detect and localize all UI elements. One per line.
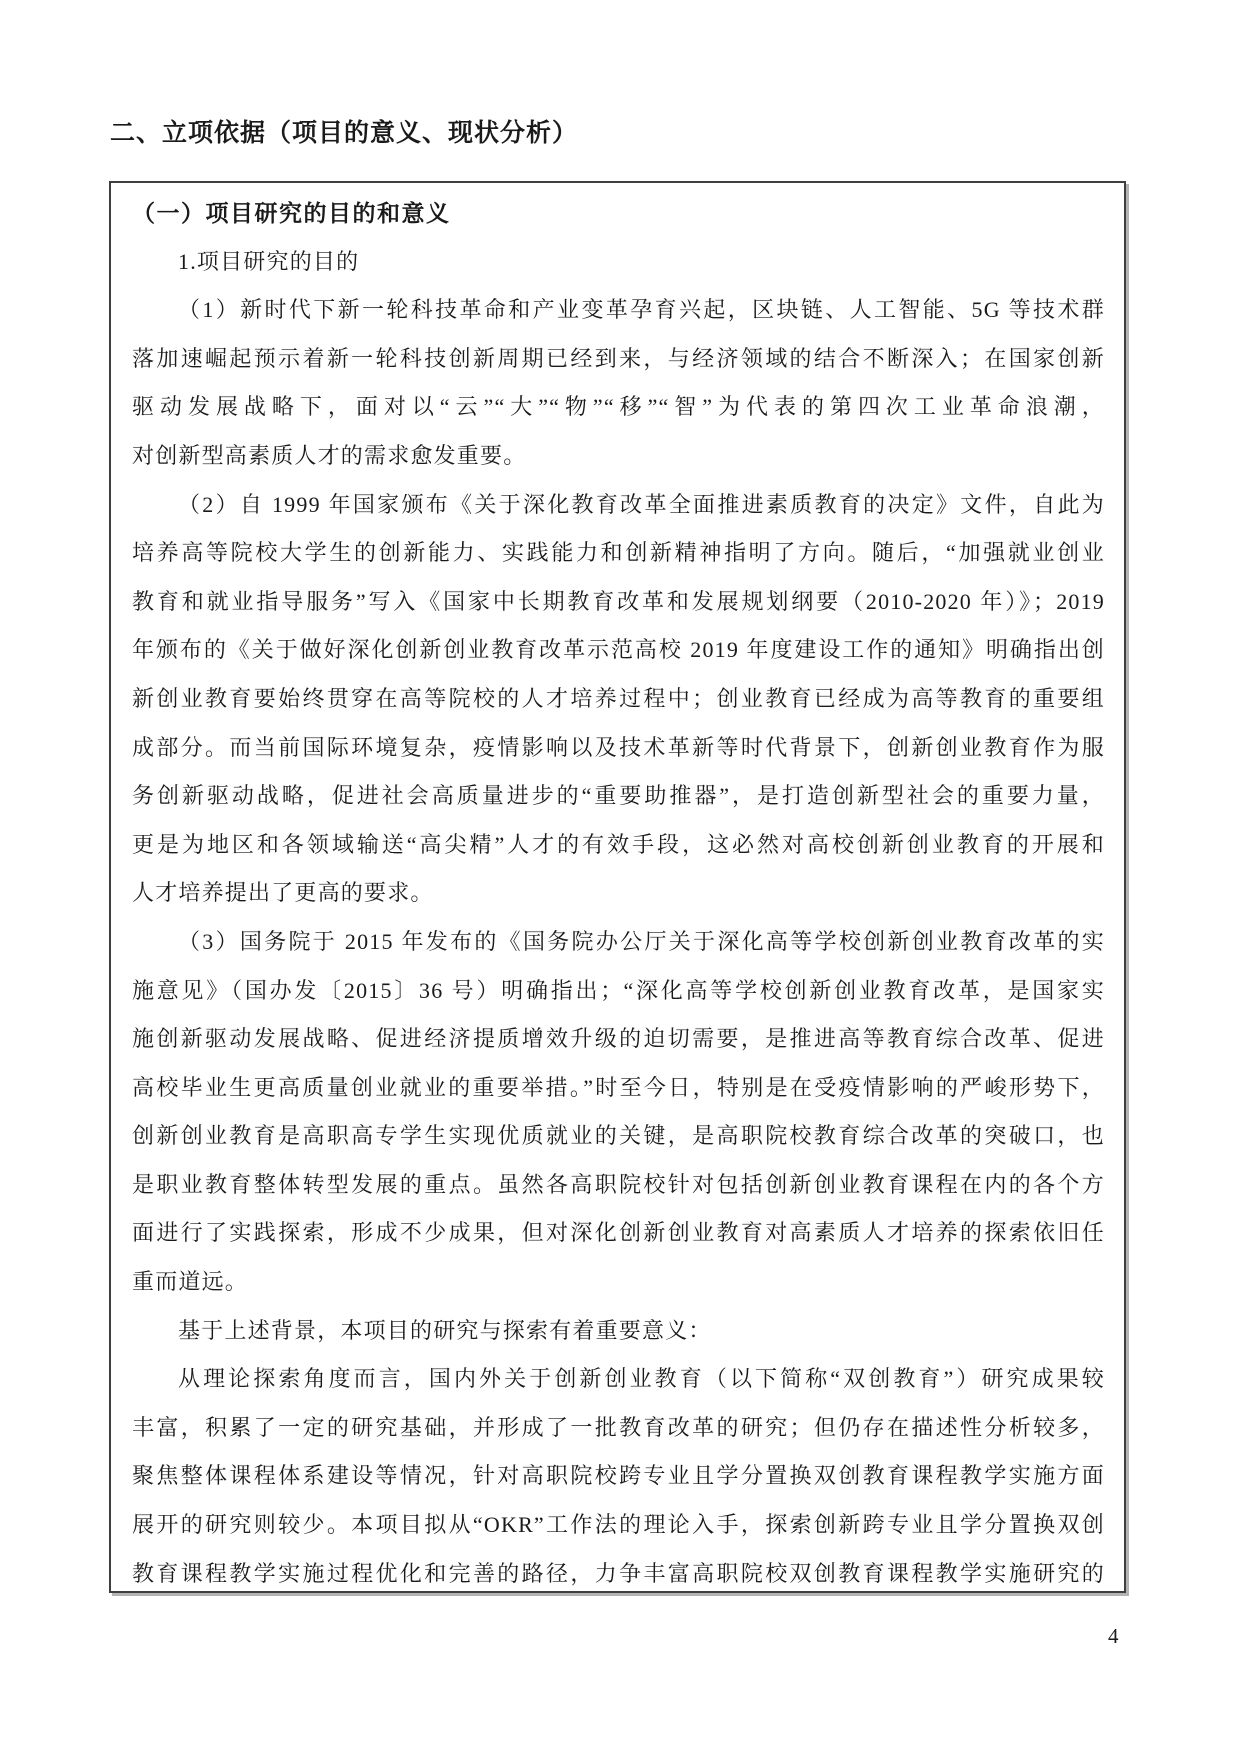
text-line: 聚焦整体课程体系建设等情况，针对高职院校跨专业且学分置换双创教育课程教学实施方面	[132, 1452, 1105, 1501]
text-line: 务创新驱动战略，促进社会高质量进步的“重要助推器”，是打造创新型社会的重要力量，	[132, 772, 1105, 821]
text-line: 展开的研究则较少。本项目拟从“OKR”工作法的理论入手，探索创新跨专业且学分置换…	[132, 1501, 1105, 1550]
section-body: （一）项目研究的目的和意义 1.项目研究的目的（1）新时代下新一轮科技革命和产业…	[132, 189, 1105, 1593]
text-line: 教育和就业指导服务”写入《国家中长期教育改革和发展规划纲要（2010-2020 …	[132, 578, 1105, 627]
text-line: 驱动发展战略下，面对以“云”“大”“物”“移”“智”为代表的第四次工业革命浪潮，	[132, 383, 1105, 432]
text-line: 面进行了实践探索，形成不少成果，但对深化创新创业教育对高素质人才培养的探索依旧任	[132, 1209, 1105, 1258]
page-heading: 二、立项依据（项目的意义、现状分析）	[110, 113, 578, 149]
text-line: 施意见》（国办发〔2015〕36 号）明确指出；“深化高等学校创新创业教育改革，…	[132, 967, 1105, 1016]
text-line: 重而道远。	[132, 1258, 1105, 1307]
text-line: 基于上述背景，本项目的研究与探索有着重要意义：	[132, 1307, 1105, 1356]
text-line: 从理论探索角度而言，国内外关于创新创业教育（以下简称“双创教育”）研究成果较	[132, 1355, 1105, 1404]
text-line: 创新创业教育是高职高专学生实现优质就业的关键，是高职院校教育综合改革的突破口，也	[132, 1112, 1105, 1161]
text-line: 施创新驱动发展战略、促进经济提质增效升级的迫切需要，是推进高等教育综合改革、促进	[132, 1015, 1105, 1064]
text-line: 培养高等院校大学生的创新能力、实践能力和创新精神指明了方向。随后，“加强就业创业	[132, 529, 1105, 578]
text-line: 年颁布的《关于做好深化创新创业教育改革示范高校 2019 年度建设工作的通知》明…	[132, 626, 1105, 675]
proposal-box: （一）项目研究的目的和意义 1.项目研究的目的（1）新时代下新一轮科技革命和产业…	[109, 181, 1126, 1593]
text-line: 落加速崛起预示着新一轮科技创新周期已经到来，与经济领域的结合不断深入；在国家创新	[132, 335, 1105, 384]
page-number: 4	[1108, 1624, 1119, 1649]
text-line: 教育课程教学实施过程优化和完善的路径，力争丰富高职院校双创教育课程教学实施研究的	[132, 1550, 1105, 1593]
text-line: 更是为地区和各领域输送“高尖精”人才的有效手段，这必然对高校创新创业教育的开展和	[132, 821, 1105, 870]
text-line: 丰富，积累了一定的研究基础，并形成了一批教育改革的研究；但仍存在描述性分析较多，	[132, 1404, 1105, 1453]
text-line: 成部分。而当前国际环境复杂，疫情影响以及技术革新等时代背景下，创新创业教育作为服	[132, 724, 1105, 773]
text-line: （1）新时代下新一轮科技革命和产业变革孕育兴起，区块链、人工智能、5G 等技术群	[132, 286, 1105, 335]
text-line: 高校毕业生更高质量创业就业的重要举措。”时至今日，特别是在受疫情影响的严峻形势下…	[132, 1064, 1105, 1113]
section-heading: （一）项目研究的目的和意义	[132, 189, 1105, 238]
text-line: （2）自 1999 年国家颁布《关于深化教育改革全面推进素质教育的决定》文件，自…	[132, 481, 1105, 530]
text-line: （3）国务院于 2015 年发布的《国务院办公厅关于深化高等学校创新创业教育改革…	[132, 918, 1105, 967]
text-line: 人才培养提出了更高的要求。	[132, 869, 1105, 918]
text-line: 是职业教育整体转型发展的重点。虽然各高职院校针对包括创新创业教育课程在内的各个方	[132, 1161, 1105, 1210]
text-line: 对创新型高素质人才的需求愈发重要。	[132, 432, 1105, 481]
text-line: 1.项目研究的目的	[132, 238, 1105, 287]
text-line: 新创业教育要始终贯穿在高等院校的人才培养过程中；创业教育已经成为高等教育的重要组	[132, 675, 1105, 724]
